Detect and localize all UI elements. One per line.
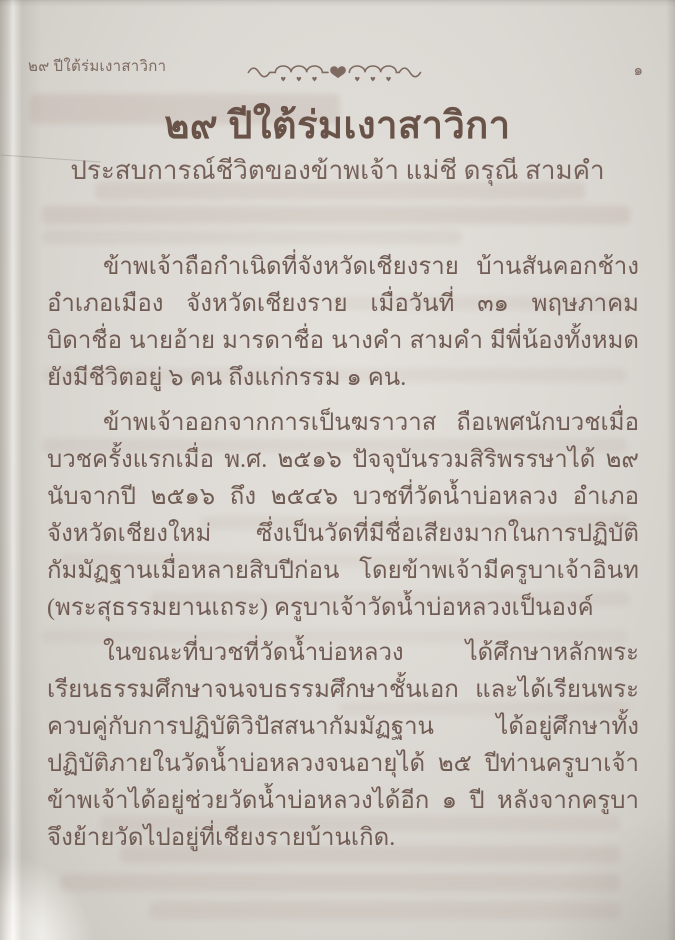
bleedthrough-artifact <box>150 902 620 919</box>
text-line: กัมมัฏฐานเมื่อหลายสิบปีก่อน โดยข้าพเจ้าม… <box>47 553 639 590</box>
heart-scroll-divider-icon: ♥♥♥ ♥♥♥ <box>245 56 430 91</box>
page-title: ๒๙ ปีใต้ร่มเงาสาวิกา <box>0 94 675 155</box>
text-line: จึงย้ายวัดไปอยู่ที่เชียงรายบ้านเกิด. <box>47 820 639 857</box>
text-line: ข้าพเจ้าออกจากการเป็นฆราวาส ถือเพศนักบวช… <box>47 405 639 442</box>
svg-text:♥: ♥ <box>354 76 360 84</box>
page-subtitle: ประสบการณ์ชีวิตของข้าพเจ้า แม่ชี ดรุณี ส… <box>0 150 675 191</box>
bleedthrough-artifact <box>60 874 620 891</box>
text-line: อำเภอเมือง จังหวัดเชียงราย เมื่อวันที่ ๓… <box>47 286 639 323</box>
text-line: เรียนธรรมศึกษาจนจบธรรมศึกษาชั้นเอก และได… <box>47 672 639 709</box>
text-line: ยังมีชีวิตอยู่ ๖ คน ถึงแก่กรรม ๑ คน. <box>47 360 639 397</box>
svg-text:♥: ♥ <box>385 76 391 84</box>
svg-text:♥: ♥ <box>311 76 317 84</box>
bleedthrough-artifact <box>42 206 630 224</box>
text-line: ข้าพเจ้าได้อยู่ช่วยวัดน้ำบ่อหลวงได้อีก ๑… <box>47 783 639 820</box>
text-line: ข้าพเจ้าถือกำเนิดที่จังหวัดเชียงราย บ้าน… <box>47 249 639 286</box>
text-line: จังหวัดเชียงใหม่ ซึ่งเป็นวัดที่มีชื่อเสี… <box>47 516 639 553</box>
paragraph: ข้าพเจ้าถือกำเนิดที่จังหวัดเชียงราย บ้าน… <box>47 249 639 397</box>
svg-text:♥: ♥ <box>295 76 301 84</box>
text-line: ปฏิบัติภายในวัดน้ำบ่อหลวงจนอายุได้ ๒๕ ปี… <box>47 746 639 783</box>
paragraph: ข้าพเจ้าออกจากการเป็นฆราวาส ถือเพศนักบวช… <box>47 405 639 627</box>
paragraph: ในขณะที่บวชที่วัดน้ำบ่อหลวง ได้ศึกษาหลัก… <box>47 635 639 857</box>
text-line: (พระสุธรรมยานเถระ) ครูบาเจ้าวัดน้ำบ่อหลว… <box>47 590 639 627</box>
text-line: บวชครั้งแรกเมื่อ พ.ศ. ๒๕๑๖ ปัจจุบันรวมสิ… <box>47 442 639 479</box>
text-line: ควบคู่กับการปฏิบัติวิปัสสนากัมมัฏฐาน ได้… <box>47 709 639 746</box>
svg-text:♥: ♥ <box>369 76 375 84</box>
text-line: นับจากปี ๒๕๑๖ ถึง ๒๕๔๖ บวชที่วัดน้ำบ่อหล… <box>47 479 639 516</box>
page-number-label: ๑ <box>633 58 643 82</box>
running-header: ๒๙ ปีใต้ร่มเงาสาวิกา <box>28 54 166 78</box>
page-header: ๒๙ ปีใต้ร่มเงาสาวิกา ♥♥♥ ♥♥♥ ๑ <box>0 50 675 90</box>
bleedthrough-artifact <box>42 230 462 244</box>
text-line: บิดาชื่อ นายอ้าย มารดาชื่อ นางคำ สามคำ ม… <box>47 323 639 360</box>
body-text: ข้าพเจ้าถือกำเนิดที่จังหวัดเชียงราย บ้าน… <box>47 249 639 857</box>
scanned-book-page: ๒๙ ปีใต้ร่มเงาสาวิกา ♥♥♥ ♥♥♥ ๑ ๒๙ ปีใต้ร… <box>0 0 675 940</box>
svg-text:♥: ♥ <box>280 76 286 84</box>
text-line: ในขณะที่บวชที่วัดน้ำบ่อหลวง ได้ศึกษาหลัก… <box>47 635 639 672</box>
